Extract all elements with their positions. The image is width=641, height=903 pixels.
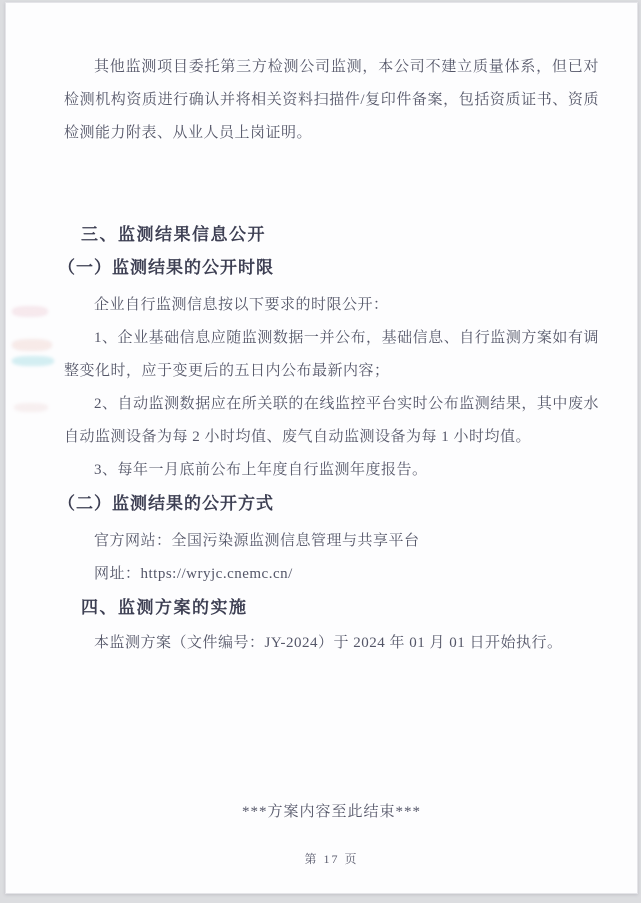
sub1-item-2: 2、自动监测数据应在所关联的在线监控平台实时公布监测结果，其中废水自动监测设备为… [64,388,599,454]
section3-sub2-heading: （二）监测结果的公开方式 [58,487,599,520]
intro-paragraph: 其他监测项目委托第三方检测公司监测，本公司不建立质量体系，但已对检测机构资质进行… [64,51,599,150]
section3-sub1-heading: （一）监测结果的公开时限 [58,251,599,284]
section4-body-line: 本监测方案（文件编号：JY-2024）于 2024 年 01 月 01 日开始执… [64,627,599,660]
official-website-line: 官方网站：全国污染源监测信息管理与共享平台 [64,525,599,558]
end-of-plan-marker: ***方案内容至此结束*** [64,796,599,829]
document-content: 其他监测项目委托第三方检测公司监测，本公司不建立质量体系，但已对检测机构资质进行… [6,3,637,874]
page-number-footer: 第 17 页 [64,844,599,874]
website-url-line: 网址：https://wryjc.cnemc.cn/ [64,558,599,591]
scanned-document-canvas: 其他监测项目委托第三方检测公司监测，本公司不建立质量体系，但已对检测机构资质进行… [0,0,641,903]
sub1-intro-line: 企业自行监测信息按以下要求的时限公开： [64,289,599,322]
sub1-item-1: 1、企业基础信息应随监测数据一并公布，基础信息、自行监测方案如有调整变化时，应于… [64,322,599,388]
sub1-item-3: 3、每年一月底前公布上年度自行监测年度报告。 [64,454,599,487]
section4-heading: 四、监测方案的实施 [64,591,599,624]
section3-heading: 三、监测结果信息公开 [64,218,599,251]
document-page: 其他监测项目委托第三方检测公司监测，本公司不建立质量体系，但已对检测机构资质进行… [5,2,638,894]
